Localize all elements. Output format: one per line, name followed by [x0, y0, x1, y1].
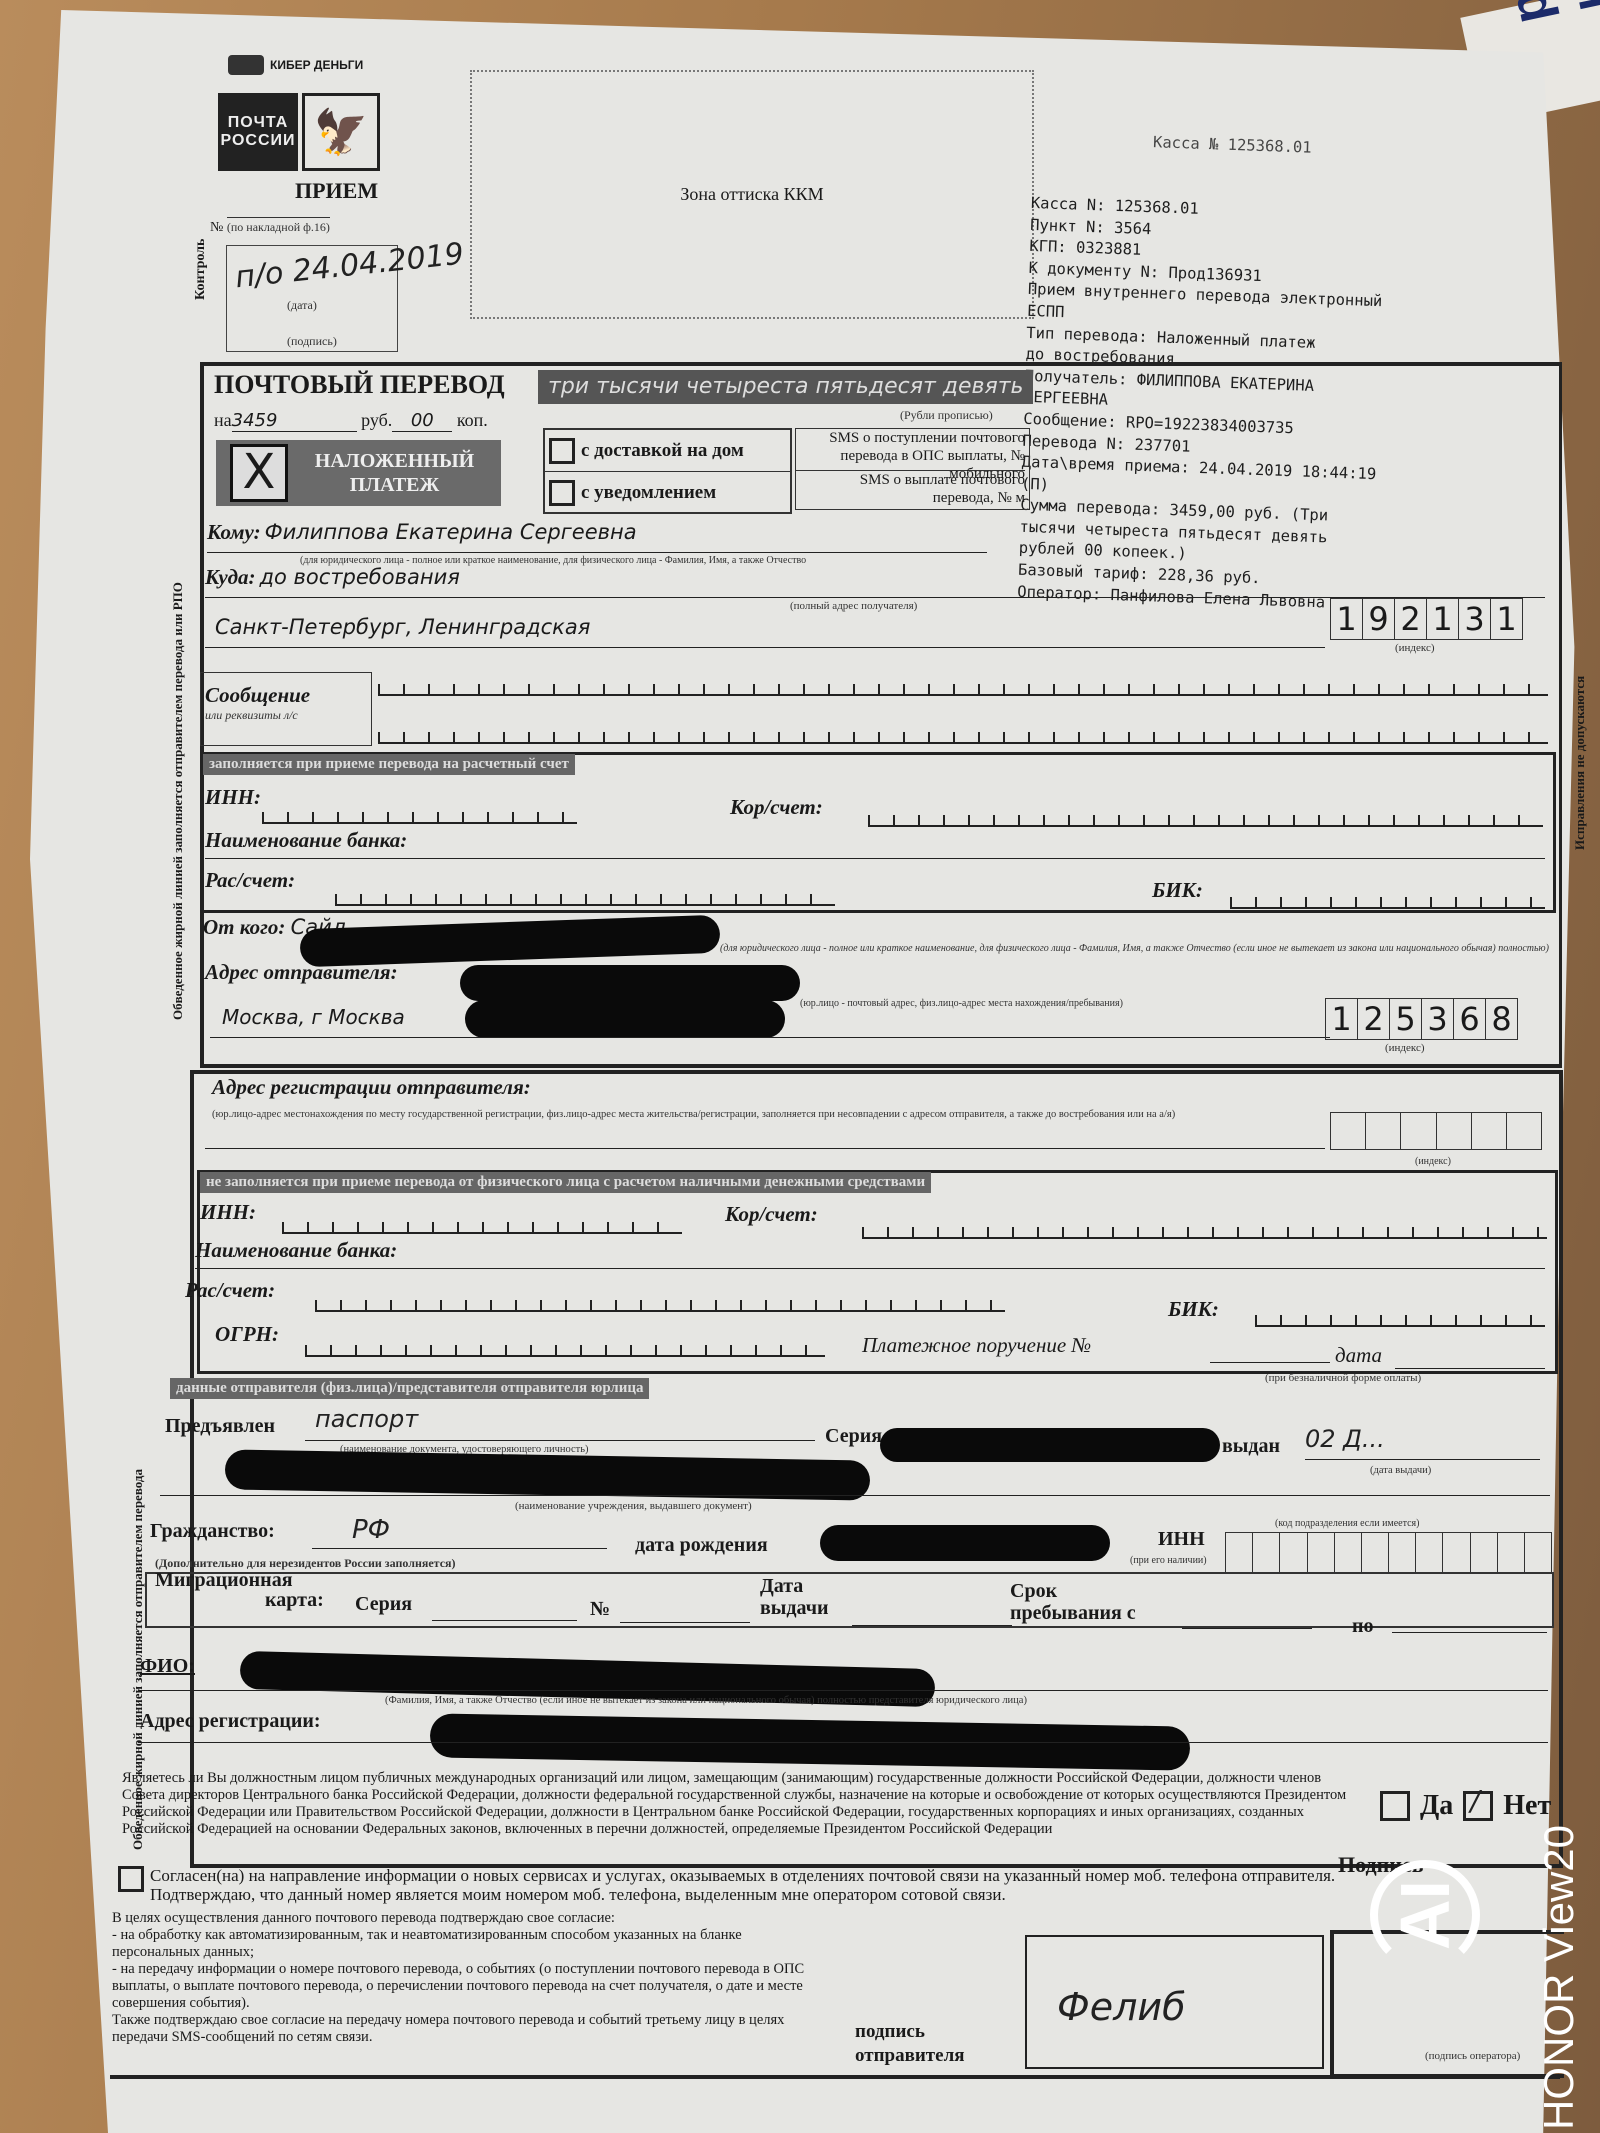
- sender-index-field[interactable]: 125368: [1325, 998, 1518, 1040]
- registration-address-field[interactable]: [205, 1148, 1325, 1149]
- identity-banner: данные отправителя (физ.лица)/представит…: [170, 1378, 649, 1399]
- recipient-index-field[interactable]: 192131: [1330, 598, 1523, 640]
- sms-arrival-option[interactable]: SMS о поступлении почтового перевода в О…: [796, 429, 1025, 471]
- index-digit: 1: [1326, 999, 1358, 1039]
- index-digit: 1: [1427, 599, 1459, 639]
- left-margin-note-bottom: Обведенное жирной линией заполняется отп…: [130, 1469, 146, 1850]
- index-digit: 2: [1358, 999, 1390, 1039]
- redacted-sender-address: [460, 965, 800, 1001]
- kiber-dengi-logo: КИБЕР ДЕНЬГИ: [228, 55, 363, 75]
- message-line-2[interactable]: [378, 720, 1548, 744]
- sender-signature: Фелиб: [1057, 1985, 1322, 2029]
- index-digit: 9: [1363, 599, 1395, 639]
- migration-issue-date-field[interactable]: [852, 1625, 1012, 1626]
- rubles-field[interactable]: 3459: [232, 410, 357, 432]
- notification-checkbox[interactable]: [549, 480, 575, 506]
- consent-line: - на передачу информации о номере почтов…: [112, 1961, 832, 2012]
- registration-address-line[interactable]: [138, 1742, 1548, 1743]
- message-label-box: Сообщение или реквизиты л/с: [200, 672, 372, 746]
- settlement-kor-field[interactable]: [868, 803, 1543, 827]
- kkm-stamp-zone: Зона оттиска ККМ: [470, 70, 1034, 319]
- control-stamp-box: п/о 24.04.2019 (дата) (подпись): [226, 245, 398, 352]
- settlement-bik-field[interactable]: [1230, 885, 1545, 909]
- control-date-handwritten: п/о 24.04.2019: [234, 244, 399, 296]
- right-margin-note: Исправления не допускаются: [1572, 676, 1588, 850]
- registration-index-field[interactable]: [1330, 1112, 1542, 1150]
- consent-line: В целях осуществления данного почтового …: [112, 1910, 832, 1927]
- cash-bank-field[interactable]: [195, 1268, 1545, 1269]
- migration-series-field[interactable]: [432, 1620, 577, 1621]
- index-digit: 3: [1459, 599, 1491, 639]
- citizenship-field[interactable]: РФ: [312, 1515, 607, 1549]
- form-type: ПРИЕМ: [295, 178, 378, 204]
- official-question-text: Являетесь ли Вы должностным лицом публич…: [122, 1770, 1362, 1838]
- checkmark-icon: /: [1470, 1784, 1479, 1817]
- kiber-chip-icon: [228, 55, 264, 75]
- recipient-where-row[interactable]: Куда: до востребования: [205, 565, 1545, 598]
- amount-row: на3459 руб.00 коп.: [214, 410, 488, 432]
- left-margin-note-top: Обведенное жирной линией заполняется отп…: [170, 582, 186, 1020]
- migration-number-field[interactable]: [620, 1622, 750, 1623]
- home-delivery-option[interactable]: с доставкой на дом: [545, 430, 790, 471]
- cash-kor-field[interactable]: [862, 1215, 1547, 1239]
- index-digit: 5: [1390, 999, 1422, 1039]
- index-digit: 8: [1486, 999, 1517, 1039]
- form-title: ПОЧТОВЫЙ ПЕРЕВОД: [214, 370, 505, 400]
- cash-inn-field[interactable]: [282, 1210, 682, 1234]
- index-digit: 3: [1422, 999, 1454, 1039]
- recipient-name-row[interactable]: Кому: Филиппова Екатерина Сергеевна: [207, 520, 987, 553]
- index-digit: 1: [1491, 599, 1522, 639]
- recipient-where-value: до востребования: [260, 565, 460, 589]
- index-digit: 2: [1395, 599, 1427, 639]
- official-yes-checkbox[interactable]: [1380, 1791, 1410, 1821]
- settlement-inn-field[interactable]: [262, 800, 577, 824]
- amount-in-words-field[interactable]: три тысячи четыреста пятьдесят девять: [538, 370, 1033, 404]
- cash-ogrn-field[interactable]: [305, 1333, 825, 1357]
- recipient-name-value: Филиппова Екатерина Сергеевна: [265, 520, 637, 544]
- sender-signature-box[interactable]: Фелиб: [1025, 1935, 1324, 2069]
- settlement-banner: заполняется при приеме перевода на расче…: [203, 754, 575, 775]
- camera-watermark: HONOR View20: [1535, 1825, 1583, 2130]
- sms-consent-row[interactable]: Согласен(на) на направление информации о…: [118, 1866, 1418, 1904]
- payment-order-date-field[interactable]: [1395, 1368, 1545, 1369]
- cash-bik-field[interactable]: [1255, 1303, 1545, 1327]
- representative-name-field[interactable]: [138, 1690, 1548, 1691]
- redacted-birth-date: [820, 1525, 1110, 1561]
- settlement-ras-field[interactable]: [335, 882, 835, 906]
- personal-data-consent: В целях осуществления данного почтового …: [112, 1910, 832, 2046]
- cash-ras-field[interactable]: [315, 1288, 1005, 1312]
- sms-consent-checkbox[interactable]: [118, 1866, 144, 1892]
- payment-order-number-field[interactable]: [1210, 1362, 1330, 1363]
- sms-options: SMS о поступлении почтового перевода в О…: [795, 428, 1030, 510]
- message-line-1[interactable]: [378, 672, 1548, 696]
- double-headed-eagle-icon: 🦅: [302, 93, 380, 171]
- consent-line: - на обработку как автоматизированным, т…: [112, 1927, 832, 1961]
- control-label: Контроль: [193, 239, 209, 300]
- settlement-bank-field[interactable]: [205, 858, 1545, 859]
- index-digit: 6: [1454, 999, 1486, 1039]
- official-question-answers: Да /Нет: [1380, 1790, 1551, 1822]
- sms-payout-option[interactable]: SMS о выплате почтового перевода, № м: [796, 471, 1025, 507]
- official-no-checkbox-checked[interactable]: /: [1463, 1791, 1493, 1821]
- recipient-city-row[interactable]: Санкт-Петербург, Ленинградская: [205, 615, 1325, 648]
- redacted-passport-series: [880, 1428, 1220, 1462]
- kopecks-field[interactable]: 00: [392, 410, 452, 432]
- cod-checkbox-checked[interactable]: X: [230, 444, 288, 502]
- consent-line: Также подтверждаю свое согласие на перед…: [112, 2012, 832, 2046]
- issued-date-field[interactable]: 02 Д...: [1305, 1425, 1540, 1460]
- invoice-number-field[interactable]: № (по накладной ф.16): [210, 220, 330, 236]
- home-delivery-checkbox[interactable]: [549, 438, 575, 464]
- stay-from-field[interactable]: [1182, 1628, 1312, 1629]
- delivery-options: с доставкой на дом с уведомлением: [543, 428, 792, 514]
- sender-inn-cells[interactable]: [1225, 1532, 1552, 1574]
- pochta-rossii-logo: ПОЧТАРОССИИ: [218, 93, 298, 171]
- cash-on-delivery-option[interactable]: X НАЛОЖЕННЫЙПЛАТЕЖ: [216, 440, 501, 506]
- index-digit: 1: [1331, 599, 1363, 639]
- cash-section-banner: не заполняется при приеме перевода от фи…: [200, 1172, 931, 1193]
- ai-camera-icon: AI: [1370, 1860, 1480, 1970]
- sender-city-row[interactable]: Москва, г Москва: [210, 1005, 1330, 1038]
- recipient-city-value: Санкт-Петербург, Ленинградская: [215, 615, 590, 639]
- stay-to-field[interactable]: [1392, 1632, 1547, 1633]
- issuing-authority-field[interactable]: [160, 1495, 1550, 1496]
- form-bottom-border: [110, 2075, 1560, 2079]
- presented-document-field[interactable]: паспорт: [305, 1405, 815, 1441]
- notification-option[interactable]: с уведомлением: [545, 471, 790, 513]
